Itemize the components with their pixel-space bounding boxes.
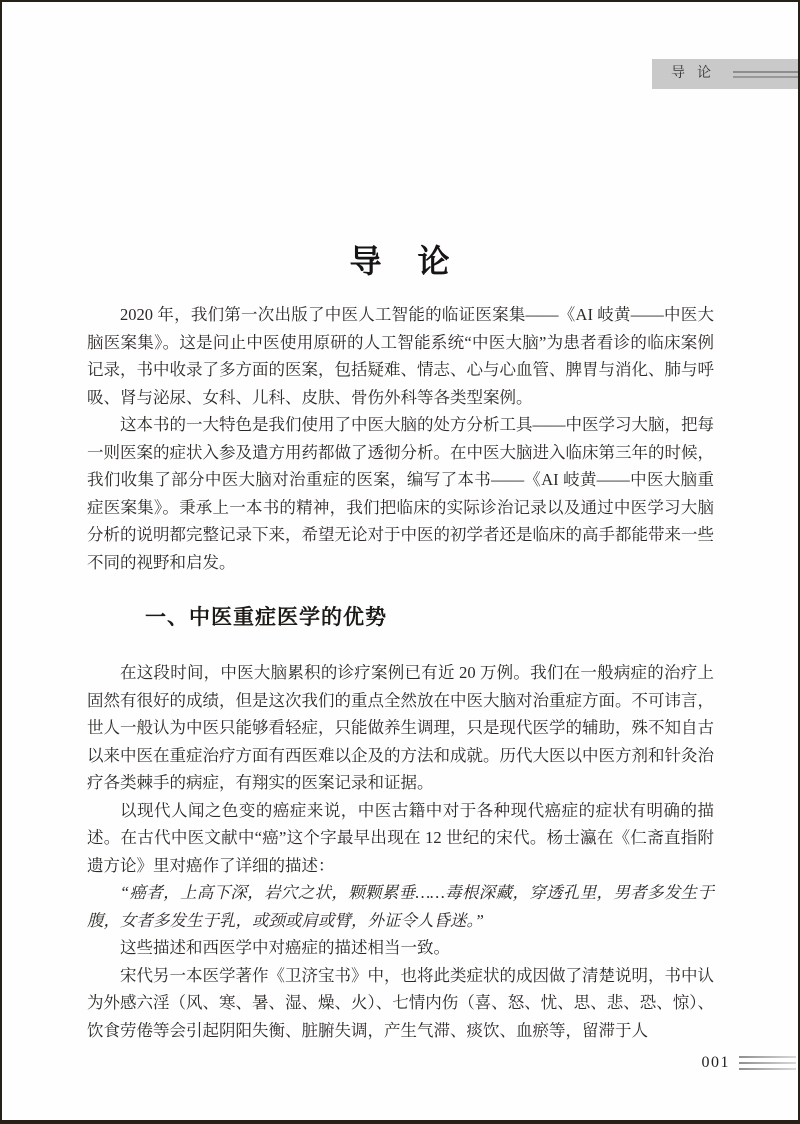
page-footer: 001 [702, 1055, 797, 1071]
section-heading: 一、中医重症医学的优势 [145, 602, 714, 632]
running-header-rule [733, 71, 798, 78]
footer-rule-line [739, 1068, 796, 1070]
section-paragraph-2: 以现代人闻之色变的癌症来说，中医古籍中对于各种现代癌症的症状有明确的描述。在古代… [87, 797, 714, 880]
page-title: 导 论 [87, 2, 714, 286]
intro-paragraph-1: 2020 年，我们第一次出版了中医人工智能的临证医案集——《AI 岐黄——中医大… [87, 301, 714, 411]
footer-rule-line [739, 1062, 796, 1064]
block-quote: “癌者，上高下深，岩穴之状，颗颗累垂……毒根深藏，穿透孔里，男者多发生于腹，女者… [87, 879, 714, 934]
body-text: 2020 年，我们第一次出版了中医人工智能的临证医案集——《AI 岐黄——中医大… [87, 301, 714, 1044]
footer-rule-line [739, 1056, 796, 1058]
footer-rule [739, 1056, 796, 1070]
intro-paragraph-2: 这本书的一大特色是我们使用了中医大脑的处方分析工具——中医学习大脑，把每一则医案… [87, 411, 714, 576]
page-content: 导 论 2020 年，我们第一次出版了中医人工智能的临证医案集——《AI 岐黄—… [87, 2, 714, 1044]
page-number: 001 [702, 1055, 731, 1071]
book-page: 导论 导 论 2020 年，我们第一次出版了中医人工智能的临证医案集——《AI … [0, 0, 800, 1124]
section-paragraph-3: 这些描述和西医学中对癌症的描述相当一致。 [87, 934, 714, 962]
section-paragraph-4: 宋代另一本医学著作《卫济宝书》中，也将此类症状的成因做了清楚说明，书中认为外感六… [87, 962, 714, 1045]
section-paragraph-1: 在这段时间，中医大脑累积的诊疗案例已有近 20 万例。我们在一般病症的治疗上固然… [87, 659, 714, 797]
